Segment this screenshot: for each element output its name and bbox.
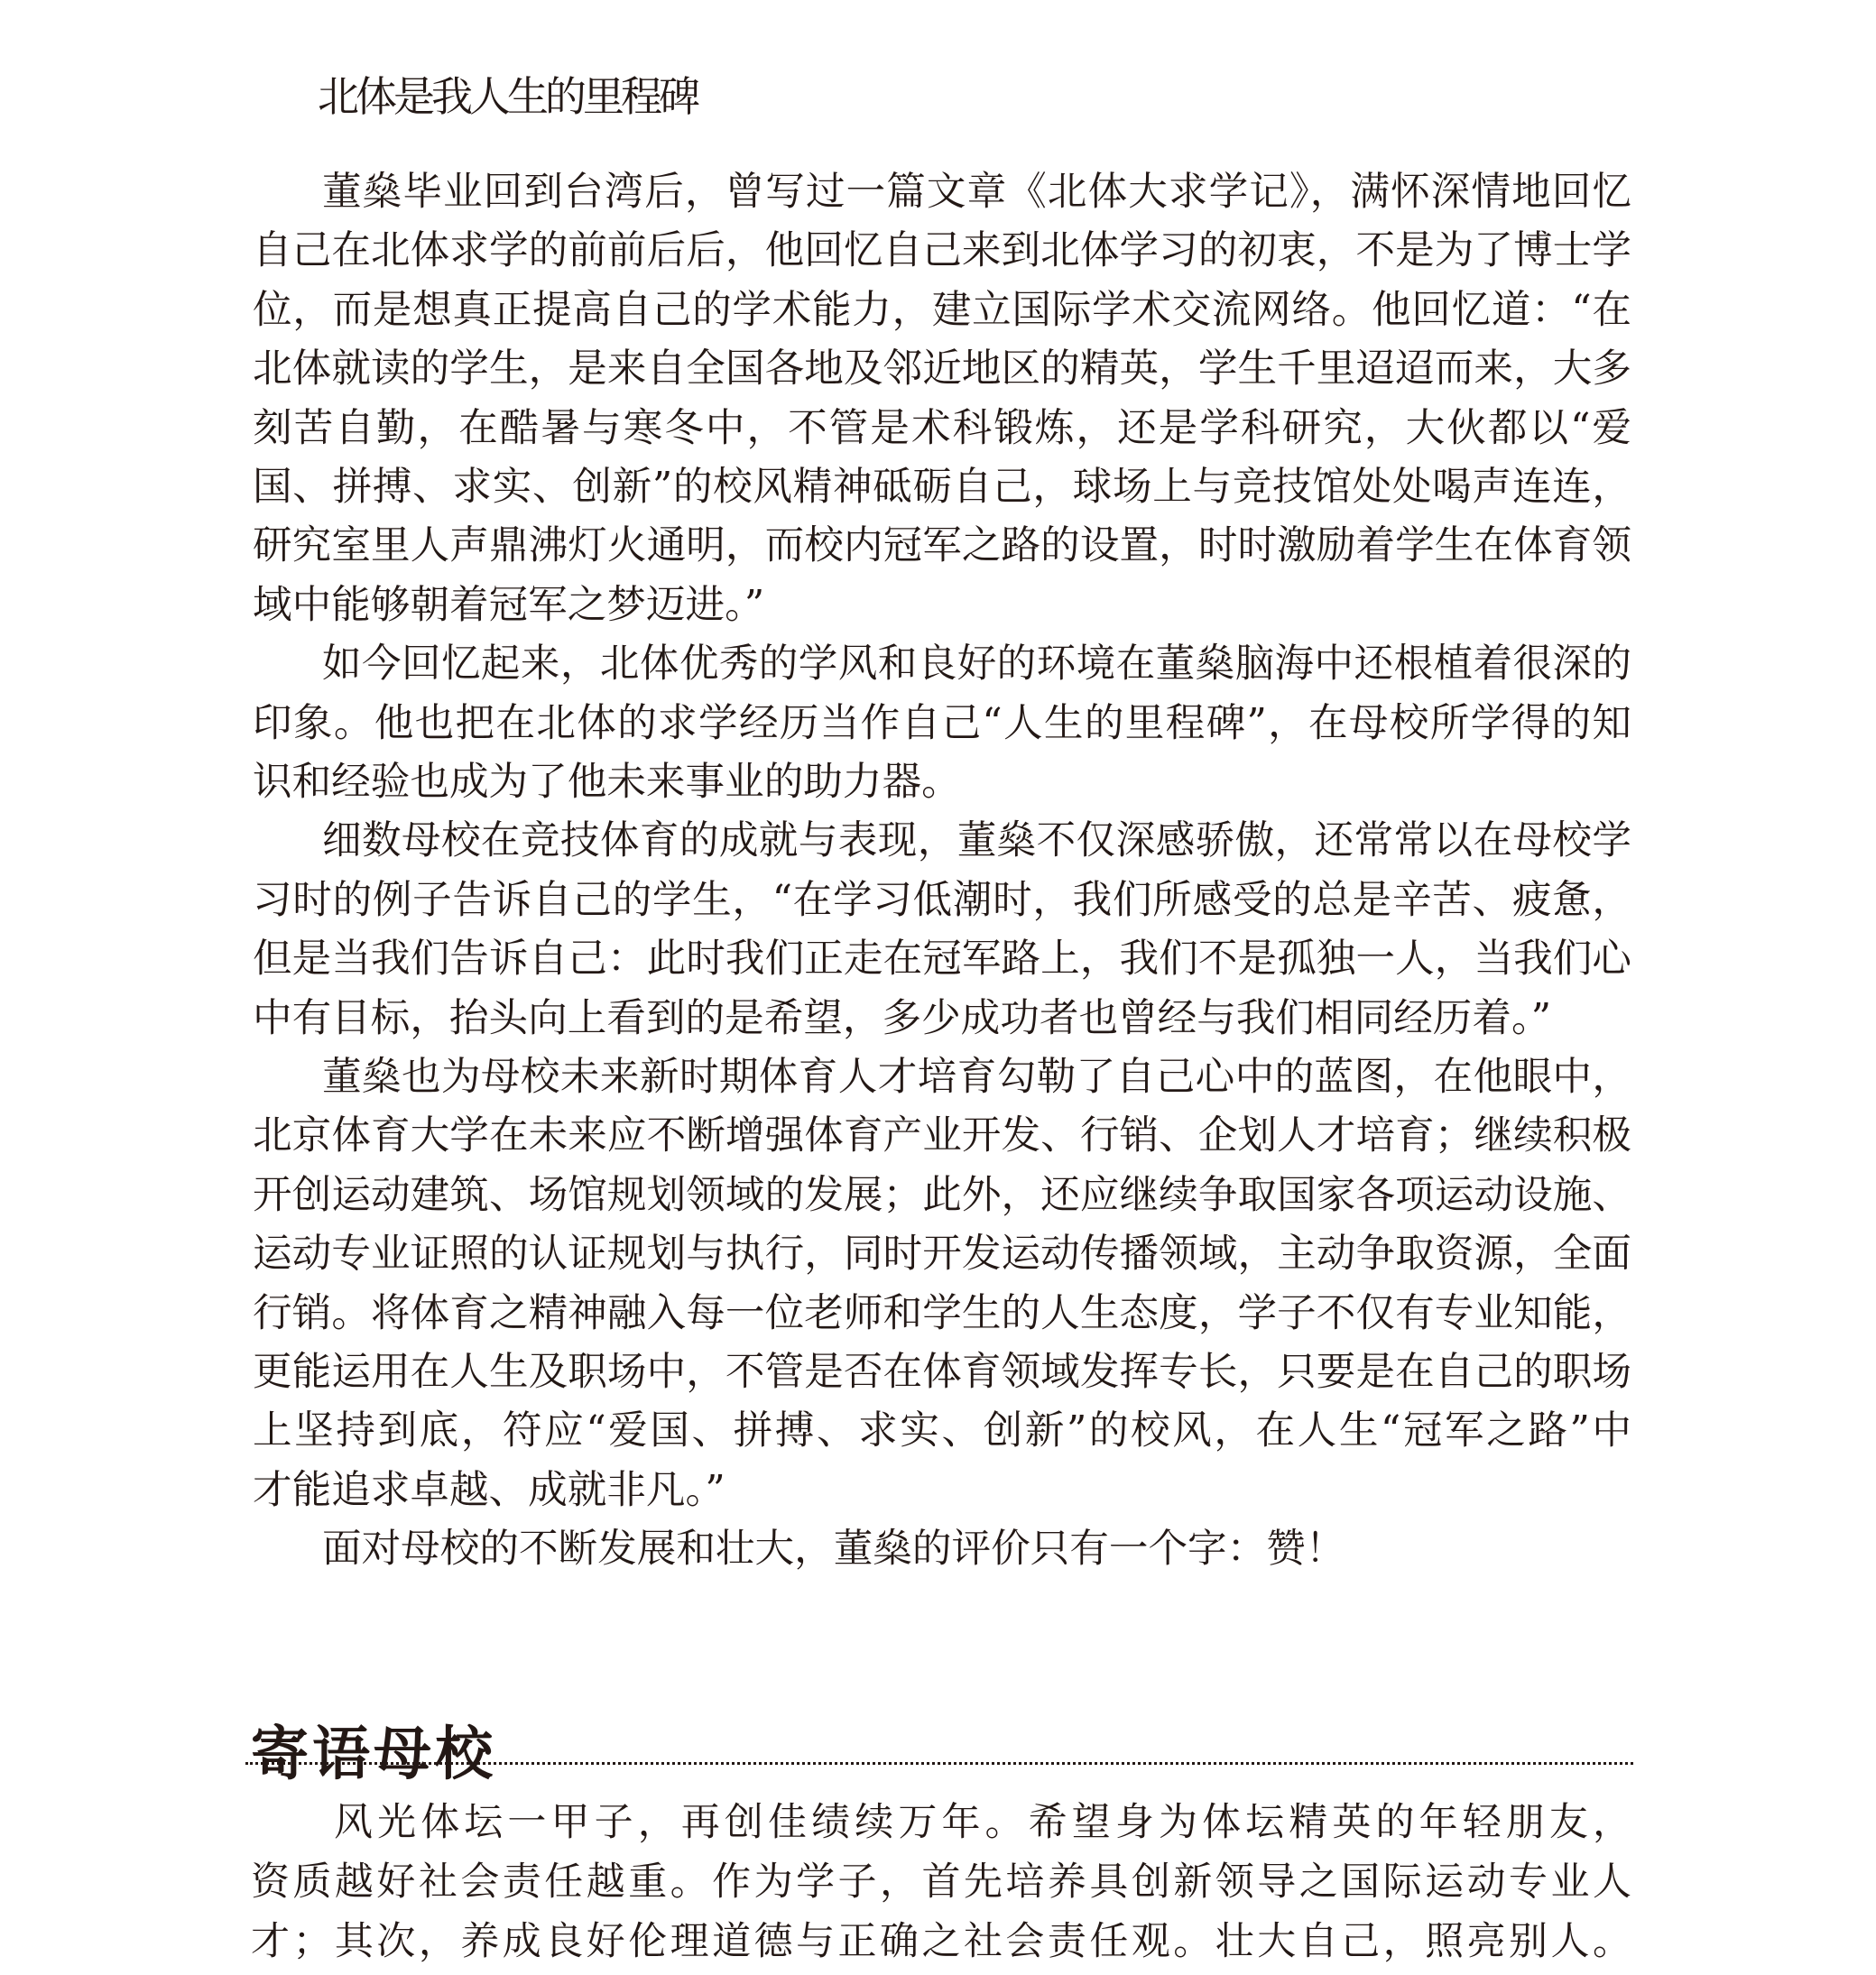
text-line: 自己在北体求学的前前后后，他回忆自己来到北体学习的初衷，不是为了博士学 bbox=[253, 227, 1631, 274]
text-line: 面对母校的不断发展和壮大，董燊的评价只有一个字：赞！ bbox=[322, 1526, 1631, 1573]
text-line: 刻苦自勤，在酷暑与寒冬中，不管是术科锻炼，还是学科研究，大伙都以“爱 bbox=[253, 405, 1631, 452]
message-line: 资质越好社会责任越重。作为学子，首先培养具创新领导之国际运动专业人 bbox=[251, 1859, 1631, 1906]
text-line: 识和经验也成为了他未来事业的助力器。 bbox=[253, 759, 1631, 806]
text-line: 域中能够朝着冠军之梦迈进。” bbox=[253, 582, 1631, 629]
text-line: 习时的例子告诉自己的学生，“在学习低潮时，我们所感受的总是辛苦、疲惫， bbox=[253, 877, 1631, 924]
text-line: 董燊毕业回到台湾后，曾写过一篇文章《北体大求学记》，满怀深情地回忆 bbox=[322, 169, 1631, 216]
dotted-divider bbox=[245, 1762, 1633, 1765]
text-line: 细数母校在竞技体育的成就与表现，董燊不仅深感骄傲，还常常以在母校学 bbox=[322, 817, 1631, 864]
text-line: 印象。他也把在北体的求学经历当作自己“人生的里程碑”，在母校所学得的知 bbox=[253, 700, 1631, 747]
text-line: 中有目标，抬头向上看到的是希望，多少成功者也曾经与我们相同经历着。” bbox=[253, 995, 1631, 1042]
text-line: 更能运用在人生及职场中，不管是否在体育领域发挥专长，只要是在自己的职场 bbox=[253, 1349, 1631, 1396]
text-line: 北体就读的学生，是来自全国各地及邻近地区的精英，学生千里迢迢而来，大多 bbox=[253, 346, 1631, 392]
text-line: 董燊也为母校未来新时期体育人才培育勾勒了自己心中的蓝图，在他眼中， bbox=[322, 1054, 1631, 1101]
section-heading: 寄语母校 bbox=[251, 1719, 496, 1791]
text-line: 北京体育大学在未来应不断增强体育产业开发、行销、企划人才培育；继续积极 bbox=[253, 1112, 1631, 1159]
text-line: 开创运动建筑、场馆规划领域的发展；此外，还应继续争取国家各项运动设施、 bbox=[253, 1172, 1631, 1219]
text-line: 行销。将体育之精神融入每一位老师和学生的人生态度，学子不仅有专业知能， bbox=[253, 1290, 1631, 1337]
text-line: 才能追求卓越、成就非凡。” bbox=[253, 1467, 1631, 1514]
message-line: 才；其次，养成良好伦理道德与正确之社会责任观。壮大自己，照亮别人。 bbox=[251, 1918, 1631, 1965]
page-title: 北体是我人生的里程碑 bbox=[318, 69, 697, 124]
text-line: 如今回忆起来，北体优秀的学风和良好的环境在董燊脑海中还根植着很深的 bbox=[322, 641, 1631, 688]
text-line: 运动专业证照的认证规划与执行，同时开发运动传播领域，主动争取资源，全面 bbox=[253, 1231, 1631, 1278]
text-line: 但是当我们告诉自己：此时我们正走在冠军路上，我们不是孤独一人，当我们心 bbox=[253, 936, 1631, 983]
text-line: 位，而是想真正提高自己的学术能力，建立国际学术交流网络。他回忆道：“在 bbox=[253, 287, 1631, 334]
text-line: 国、拼搏、求实、创新”的校风精神砥砺自己，球场上与竞技馆处处喝声连连， bbox=[253, 464, 1631, 511]
message-line: 风光体坛一甲子，再创佳绩续万年。希望身为体坛精英的年轻朋友， bbox=[334, 1799, 1631, 1846]
text-line: 研究室里人声鼎沸灯火通明，而校内冠军之路的设置，时时激励着学生在体育领 bbox=[253, 522, 1631, 569]
text-line: 上坚持到底，符应“爱国、拼搏、求实、创新”的校风，在人生“冠军之路”中 bbox=[253, 1407, 1631, 1454]
